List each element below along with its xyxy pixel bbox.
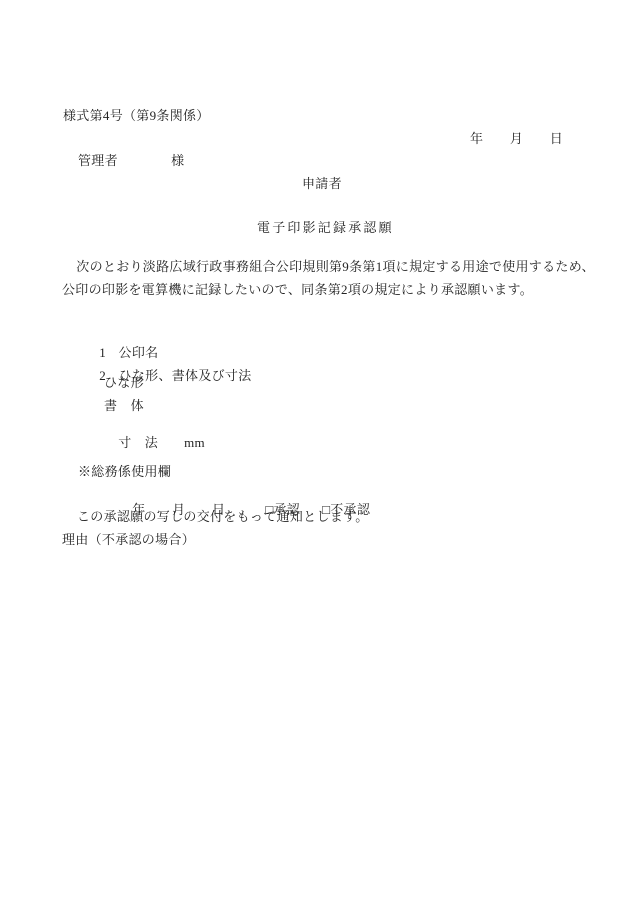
body-paragraph-line-2: 公印の印影を電算機に記録したいので、同条第2項の規定により承認願います。 bbox=[62, 282, 533, 297]
spec-shotai-label: 書 体 bbox=[104, 398, 144, 413]
addressee-line: 管理者 様 bbox=[78, 153, 184, 168]
office-use-header: ※総務係使用欄 bbox=[78, 464, 171, 479]
form-number: 様式第4号（第9条関係） bbox=[63, 108, 210, 123]
office-use-reason-label: 理由（不承認の場合） bbox=[62, 532, 195, 547]
date-line: 年 月 日 bbox=[470, 131, 563, 146]
applicant-label: 申請者 bbox=[302, 176, 342, 191]
body-paragraph-line-1: 次のとおり淡路広域行政事務組合公印規則第9条第1項に規定する用途で使用するため、 bbox=[63, 259, 595, 274]
document-title: 電子印影記録承認願 bbox=[257, 220, 394, 235]
spec-sunpo-row: 寸 法mm bbox=[104, 420, 205, 465]
spec-sunpo-label: 寸 法 bbox=[118, 435, 158, 450]
spec-sunpo-unit: mm bbox=[184, 435, 205, 450]
spec-hinagata-label: ひな形 bbox=[104, 375, 144, 390]
document-page: 様式第4号（第9条関係） 年 月 日 管理者 様 申請者 電子印影記録承認願 次… bbox=[0, 0, 630, 903]
office-use-notice: この承認願の写しの交付をもって通知とします。 bbox=[77, 509, 369, 524]
